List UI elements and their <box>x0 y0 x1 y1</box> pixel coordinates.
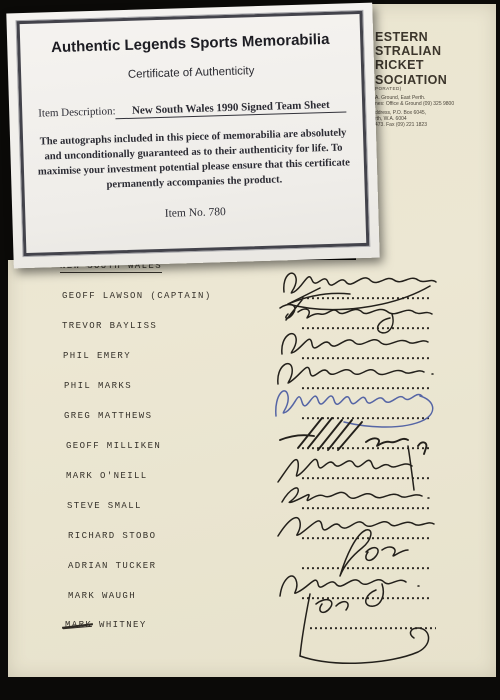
certificate-subtitle: Certificate of Authenticity <box>21 62 361 84</box>
memorabilia-photo: ESTERN STRALIAN RICKET SOCIATION PORATED… <box>0 0 500 700</box>
item-description-value: New South Wales 1990 Signed Team Sheet <box>115 98 346 119</box>
player-name: MARK WHITNEY <box>65 620 147 630</box>
player-name: ADRIAN TUCKER <box>68 561 156 571</box>
player-name: PHIL MARKS <box>64 381 132 391</box>
item-number: Item No. 780 <box>25 202 365 224</box>
player-name: GEOFF MILLIKEN <box>66 441 161 451</box>
certificate-title: Authentic Legends Sports Memorabilia <box>20 30 360 57</box>
player-name-struck: MARK <box>65 620 92 630</box>
player-name-rest: WHITNEY <box>99 620 147 630</box>
guarantee-text: The autographs included in this piece of… <box>33 125 355 194</box>
signature-mike-whitney <box>270 592 458 674</box>
item-description-row: Item Description: New South Wales 1990 S… <box>38 98 346 121</box>
item-description-label: Item Description: <box>38 105 116 119</box>
player-name: GREG MATTHEWS <box>64 411 152 421</box>
player-name: MARK O'NEILL <box>66 471 148 481</box>
player-name: GEOFF LAWSON (CAPTAIN) <box>62 291 212 301</box>
player-name: MARK WAUGH <box>68 591 136 601</box>
player-name: PHIL EMERY <box>63 351 131 361</box>
player-name: STEVE SMALL <box>67 501 142 511</box>
certificate-of-authenticity: Authentic Legends Sports Memorabilia Cer… <box>6 3 379 269</box>
player-name: TREVOR BAYLISS <box>62 321 157 331</box>
player-name: RICHARD STOBO <box>68 531 156 541</box>
certificate-border: Authentic Legends Sports Memorabilia Cer… <box>17 11 370 256</box>
